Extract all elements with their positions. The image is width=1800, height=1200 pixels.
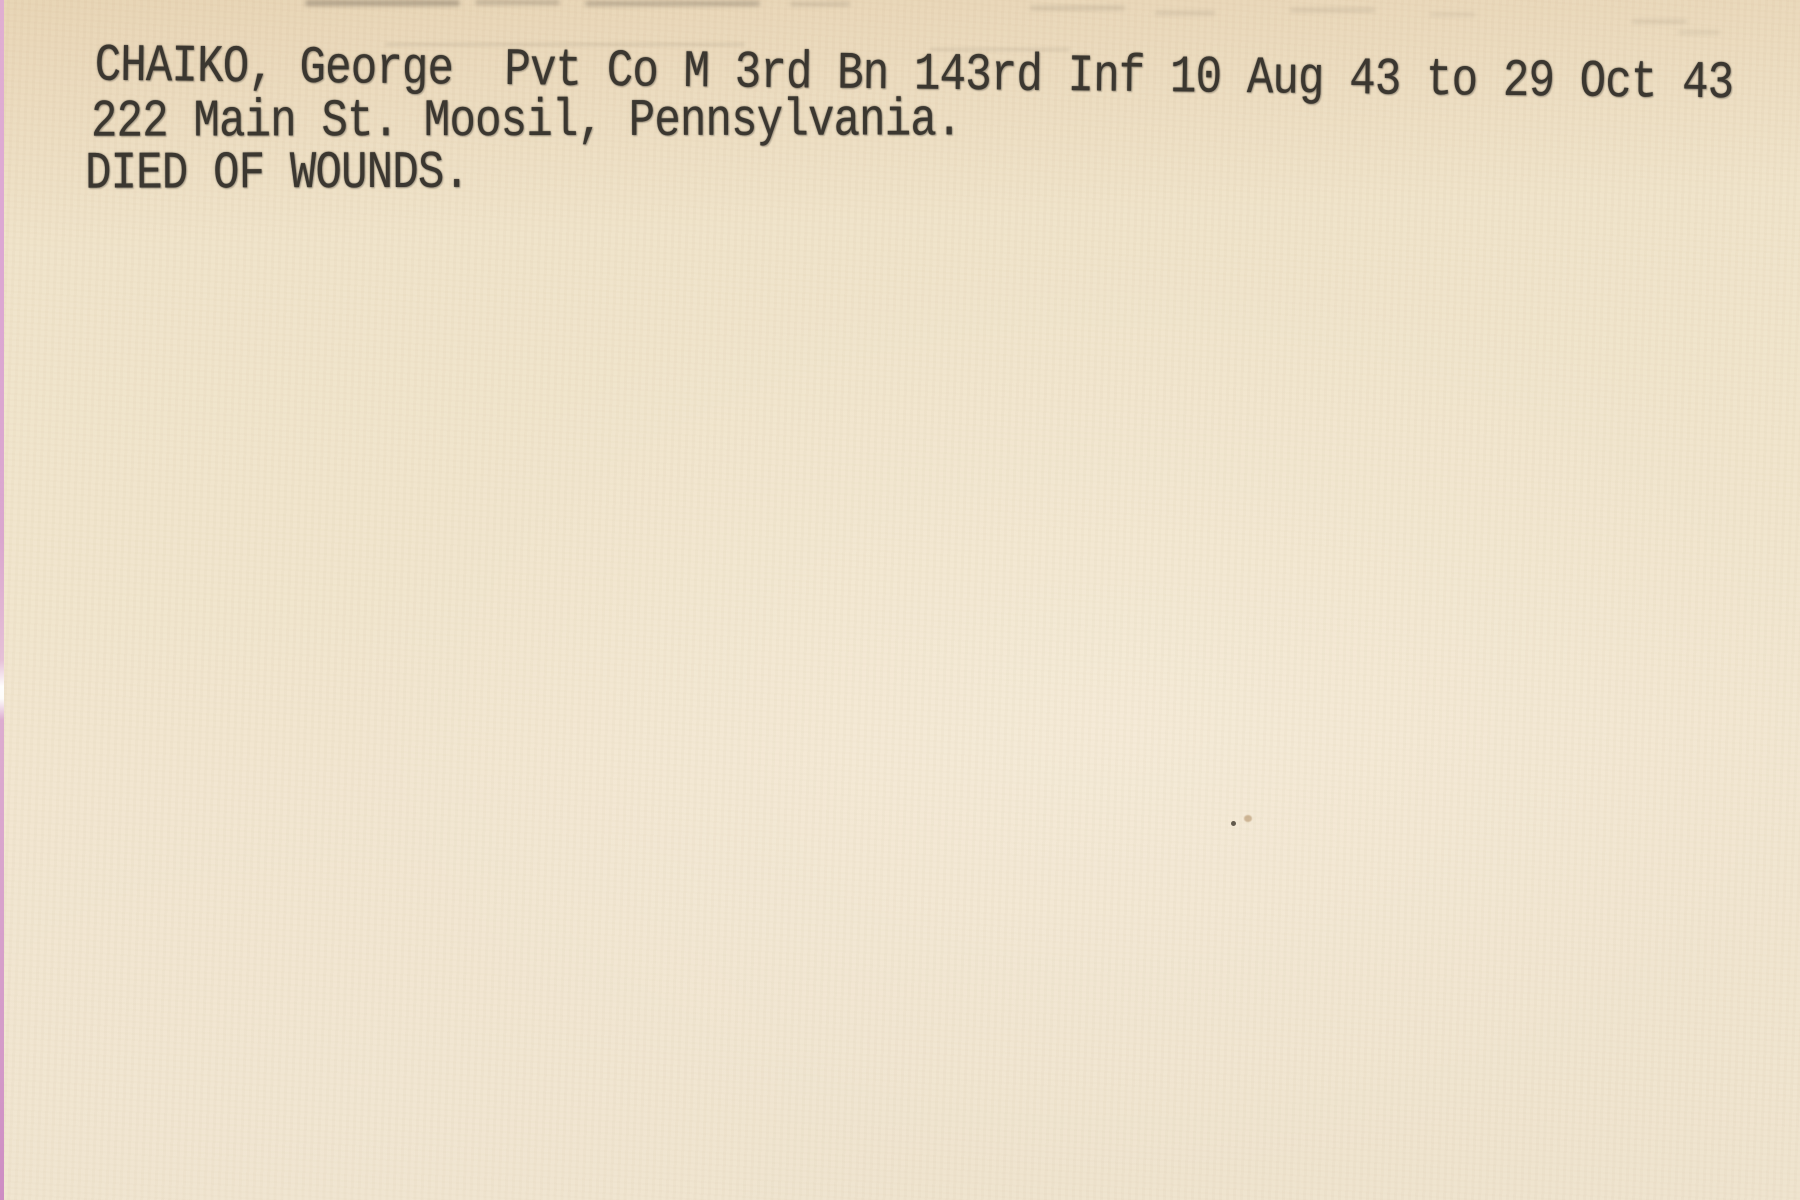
top-edge-ink-smudge (1155, 11, 1215, 15)
top-edge-ink-smudge (1030, 6, 1125, 10)
typed-line-casualty-status: DIED OF WOUNDS. (85, 147, 469, 201)
top-edge-ink-smudge (585, 1, 760, 6)
top-edge-ink-smudge (305, 0, 460, 6)
index-card-scan: CHAIKO, George Pvt Co M 3rd Bn 143rd Inf… (0, 0, 1800, 1200)
top-edge-pencil-mark (1632, 20, 1687, 23)
top-edge-ink-smudge (475, 0, 560, 5)
top-edge-ink-smudge (1290, 8, 1375, 12)
scanner-edge-artifact (0, 0, 4, 1200)
paper-foxing-speck (1244, 815, 1252, 822)
paper-speck (1231, 821, 1236, 826)
top-edge-ink-smudge (790, 2, 850, 6)
top-edge-pencil-mark (1678, 31, 1720, 34)
typed-line-address: 222 Main St. Moosil, Pennsylvania. (91, 95, 962, 149)
top-edge-ink-smudge (1430, 13, 1475, 16)
